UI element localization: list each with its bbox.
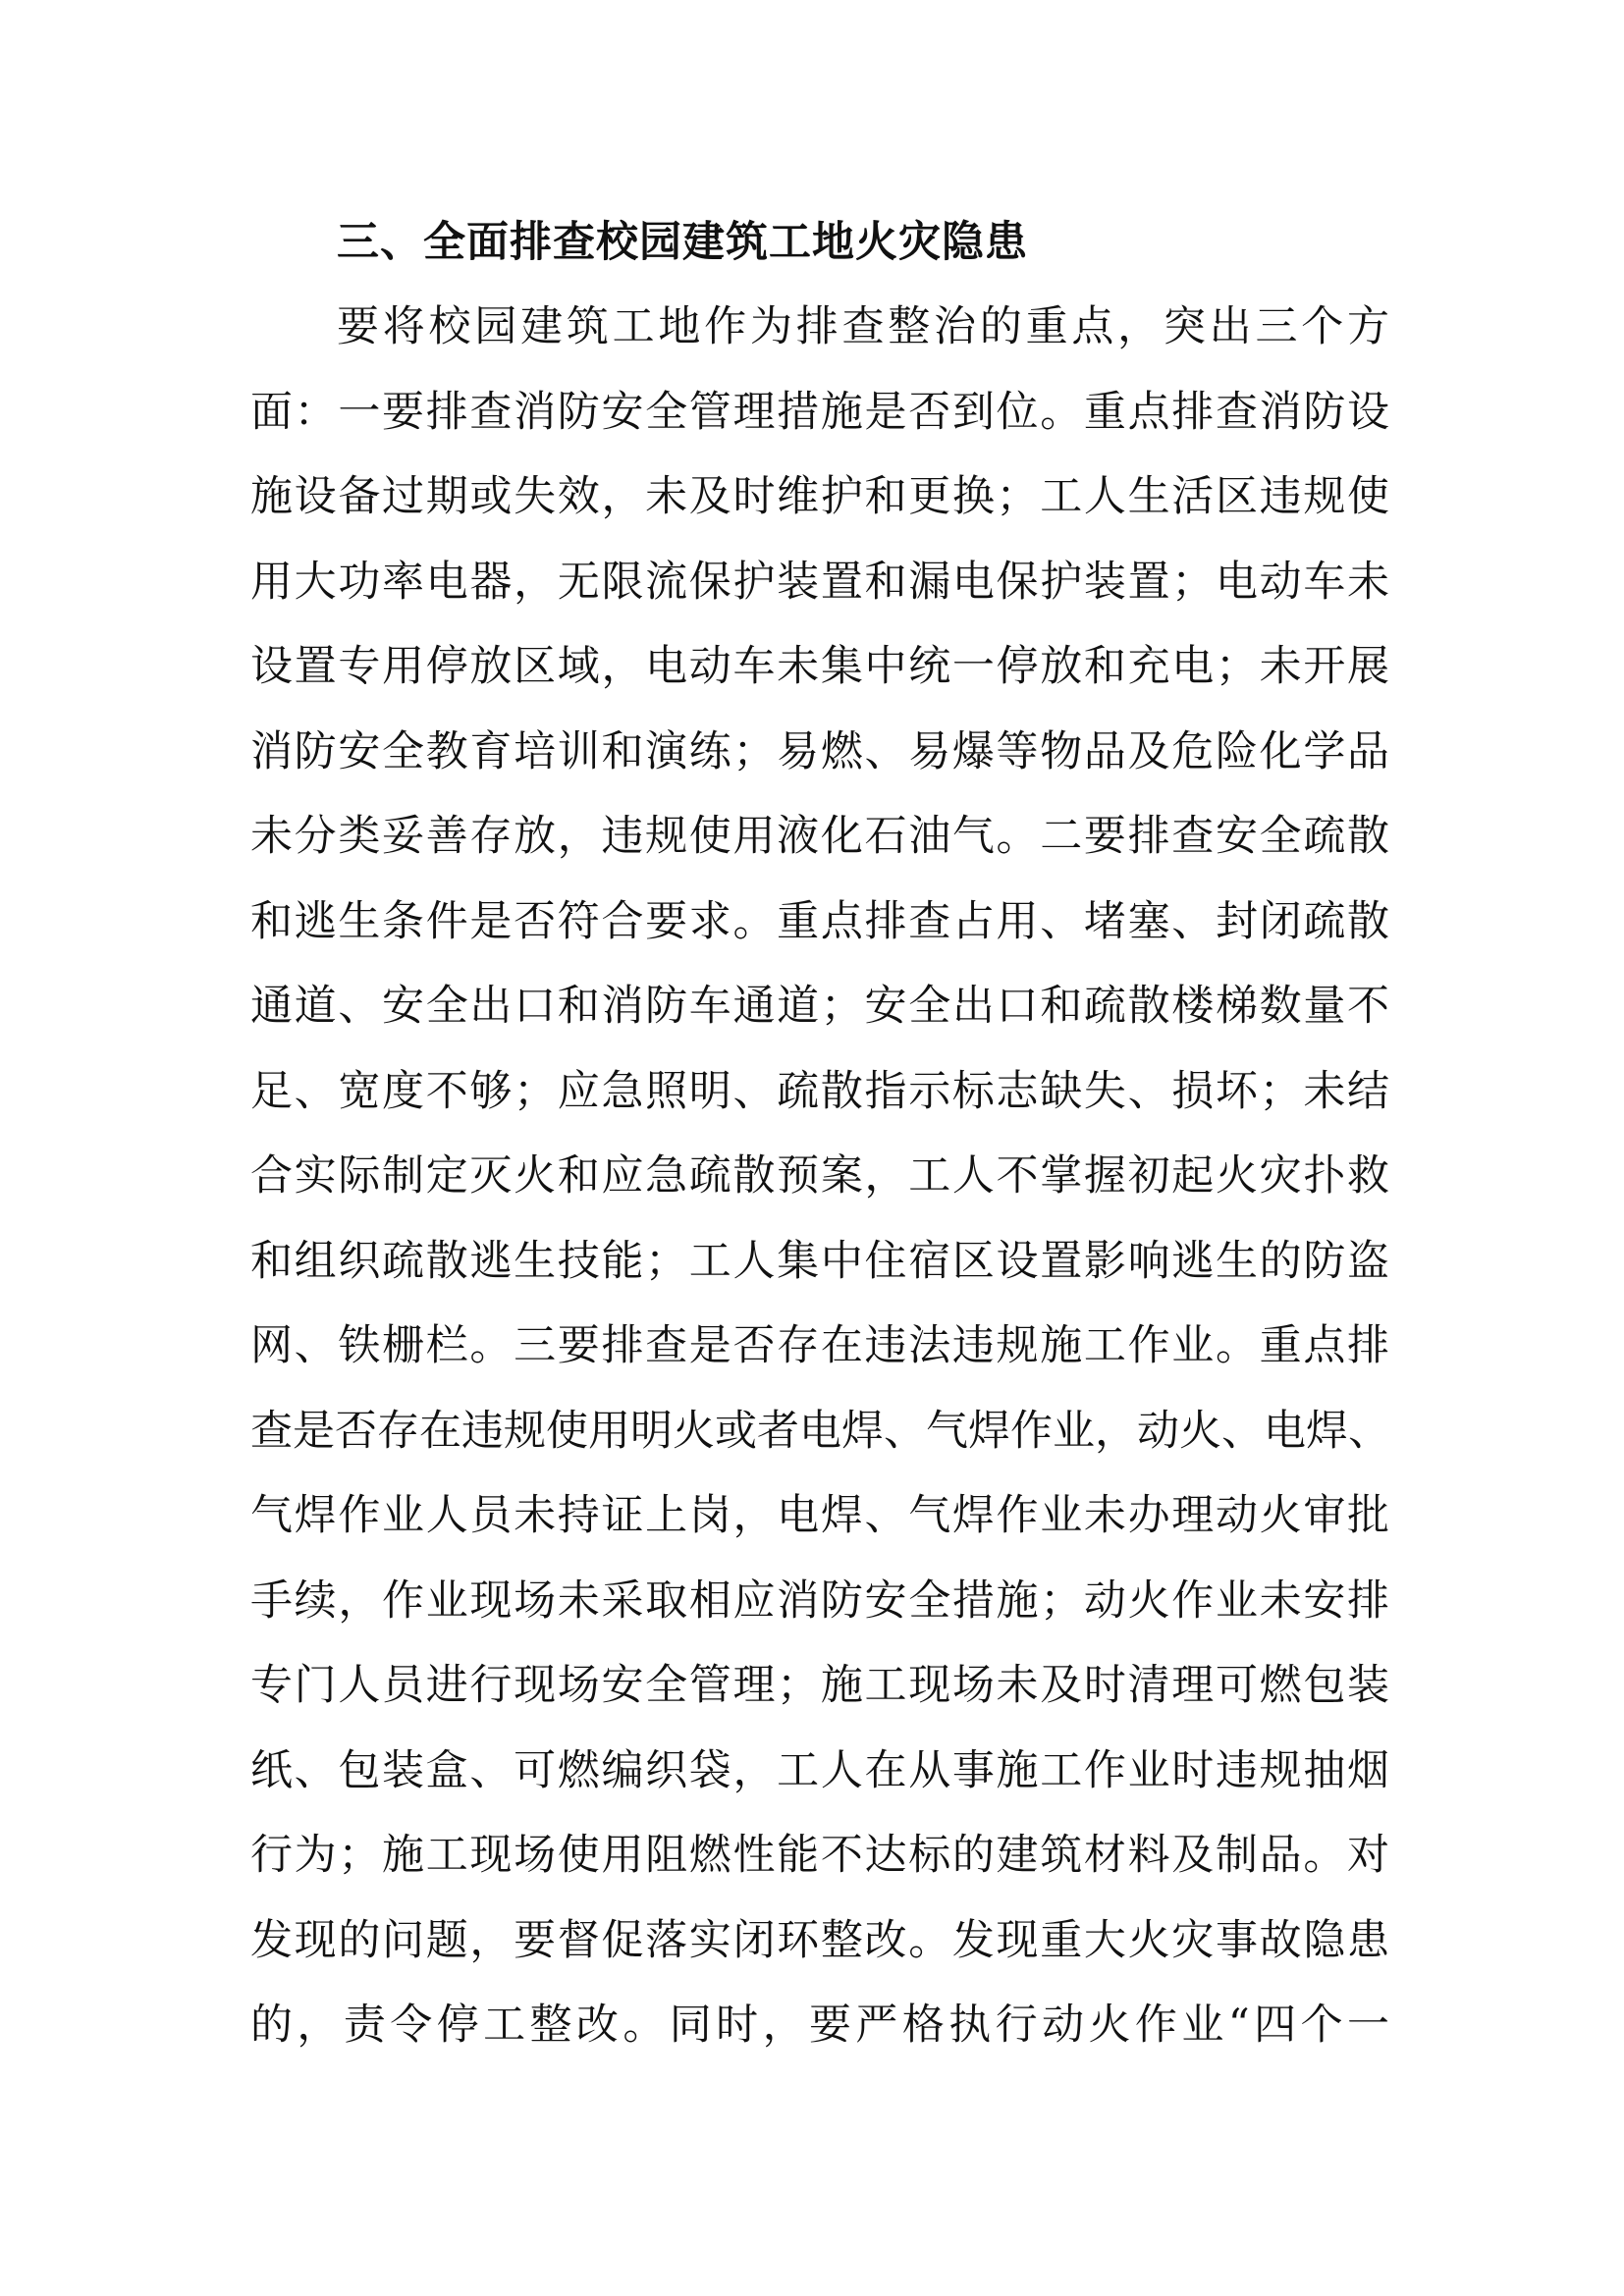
paragraph-line: 用大功率电器，无限流保护装置和漏电保护装置；电动车未	[250, 548, 1389, 633]
paragraph-line: 气焊作业人员未持证上岗，电焊、气焊作业未办理动火审批	[250, 1481, 1389, 1567]
paragraph-line: 未分类妥善存放，违规使用液化石油气。二要排查安全疏散	[250, 802, 1389, 887]
paragraph-line: 要将校园建筑工地作为排查整治的重点，突出三个方	[250, 293, 1389, 378]
paragraph-line: 纸、包装盒、可燃编织袋，工人在从事施工作业时违规抽烟	[250, 1736, 1389, 1822]
paragraph-line: 设置专用停放区域，电动车未集中统一停放和充电；未开展	[250, 632, 1389, 718]
document-page: 三、全面排查校园建筑工地火灾隐患 要将校园建筑工地作为排查整治的重点，突出三个方…	[0, 0, 1624, 2296]
paragraph-line: 施设备过期或失效，未及时维护和更换；工人生活区违规使	[250, 462, 1389, 548]
paragraph-line: 行为；施工现场使用阻燃性能不达标的建筑材料及制品。对	[250, 1821, 1389, 1906]
paragraph-line: 面：一要排查消防安全管理措施是否到位。重点排查消防设	[250, 378, 1389, 463]
paragraph-line: 网、铁栅栏。三要排查是否存在违法违规施工作业。重点排	[250, 1311, 1389, 1397]
paragraph-line: 合实际制定灭火和应急疏散预案，工人不掌握初起火灾扑救	[250, 1142, 1389, 1227]
paragraph-line: 足、宽度不够；应急照明、疏散指示标志缺失、损坏；未结	[250, 1057, 1389, 1143]
paragraph-line: 和组织疏散逃生技能；工人集中住宿区设置影响逃生的防盗	[250, 1227, 1389, 1312]
paragraph-line: 通道、安全出口和消防车通道；安全出口和疏散楼梯数量不	[250, 972, 1389, 1057]
paragraph-line: 和逃生条件是否符合要求。重点排查占用、堵塞、封闭疏散	[250, 887, 1389, 973]
section-heading: 三、全面排查校园建筑工地火灾隐患	[250, 208, 1389, 293]
paragraph-line: 手续，作业现场未采取相应消防安全措施；动火作业未安排	[250, 1567, 1389, 1652]
paragraph-line: 消防安全教育培训和演练；易燃、易爆等物品及危险化学品	[250, 718, 1389, 803]
document-body: 三、全面排查校园建筑工地火灾隐患 要将校园建筑工地作为排查整治的重点，突出三个方…	[250, 208, 1389, 2076]
paragraph-line: 专门人员进行现场安全管理；施工现场未及时清理可燃包装	[250, 1651, 1389, 1736]
paragraph-line: 发现的问题，要督促落实闭环整改。发现重大火灾事故隐患	[250, 1906, 1389, 1992]
paragraph-line: 查是否存在违规使用明火或者电焊、气焊作业，动火、电焊、	[250, 1397, 1389, 1482]
paragraph-line: 的，责令停工整改。同时，要严格执行动火作业“四个一	[250, 1991, 1389, 2076]
